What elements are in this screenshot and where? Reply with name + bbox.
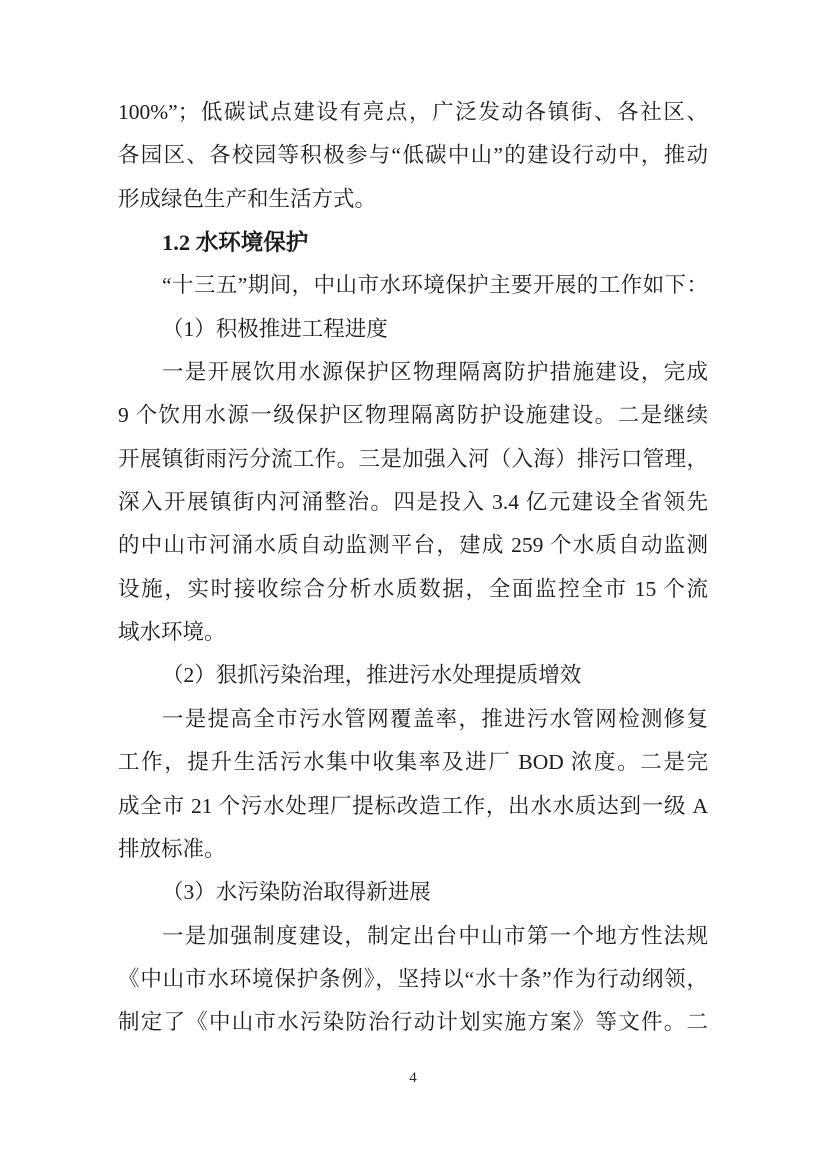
body-line: 一是加强制度建设，制定出台中山市第一个地方性法规 <box>118 915 708 958</box>
body-line: 形成绿色生产和生活方式。 <box>118 178 708 221</box>
body-line: 设施，实时接收综合分析水质数据，全面监控全市 15 个流 <box>118 568 708 611</box>
body-line: 《中山市水环境保护条例》，坚持以“水十条”作为行动纲领， <box>118 958 708 1001</box>
item-2-heading: （2）狠抓污染治理，推进污水处理提质增效 <box>118 654 708 697</box>
body-line: 工作，提升生活污水集中收集率及进厂 BOD 浓度。二是完 <box>118 741 708 784</box>
body-line: 制定了《中山市水污染防治行动计划实施方案》等文件。二 <box>118 1001 708 1044</box>
body-line: 9 个饮用水源一级保护区物理隔离防护设施建设。二是继续 <box>118 394 708 437</box>
body-line: 各园区、各校园等积极参与“低碳中山”的建设行动中，推动 <box>118 134 708 177</box>
body-line: “十三五”期间，中山市水环境保护主要开展的工作如下： <box>118 264 708 307</box>
item-3-heading: （3）水污染防治取得新进展 <box>118 871 708 914</box>
body-line: 一是提高全市污水管网覆盖率，推进污水管网检测修复 <box>118 698 708 741</box>
section-heading-water-environment: 1.2 水环境保护 <box>118 221 708 264</box>
body-line: 域水环境。 <box>118 611 708 654</box>
document-page: 100%”；低碳试点建设有亮点，广泛发动各镇街、各社区、 各园区、各校园等积极参… <box>0 0 826 1169</box>
body-line: 开展镇街雨污分流工作。三是加强入河（入海）排污口管理， <box>118 438 708 481</box>
body-line: 的中山市河涌水质自动监测平台，建成 259 个水质自动监测 <box>118 524 708 567</box>
document-body: 100%”；低碳试点建设有亮点，广泛发动各镇街、各社区、 各园区、各校园等积极参… <box>118 91 708 1045</box>
body-line: 排放标准。 <box>118 828 708 871</box>
body-line: 成全市 21 个污水处理厂提标改造工作，出水水质达到一级 A <box>118 785 708 828</box>
page-number: 4 <box>0 1070 826 1087</box>
body-line: 一是开展饮用水源保护区物理隔离防护措施建设，完成 <box>118 351 708 394</box>
body-line: 100%”；低碳试点建设有亮点，广泛发动各镇街、各社区、 <box>118 91 708 134</box>
body-line: 深入开展镇街内河涌整治。四是投入 3.4 亿元建设全省领先 <box>118 481 708 524</box>
item-1-heading: （1）积极推进工程进度 <box>118 308 708 351</box>
